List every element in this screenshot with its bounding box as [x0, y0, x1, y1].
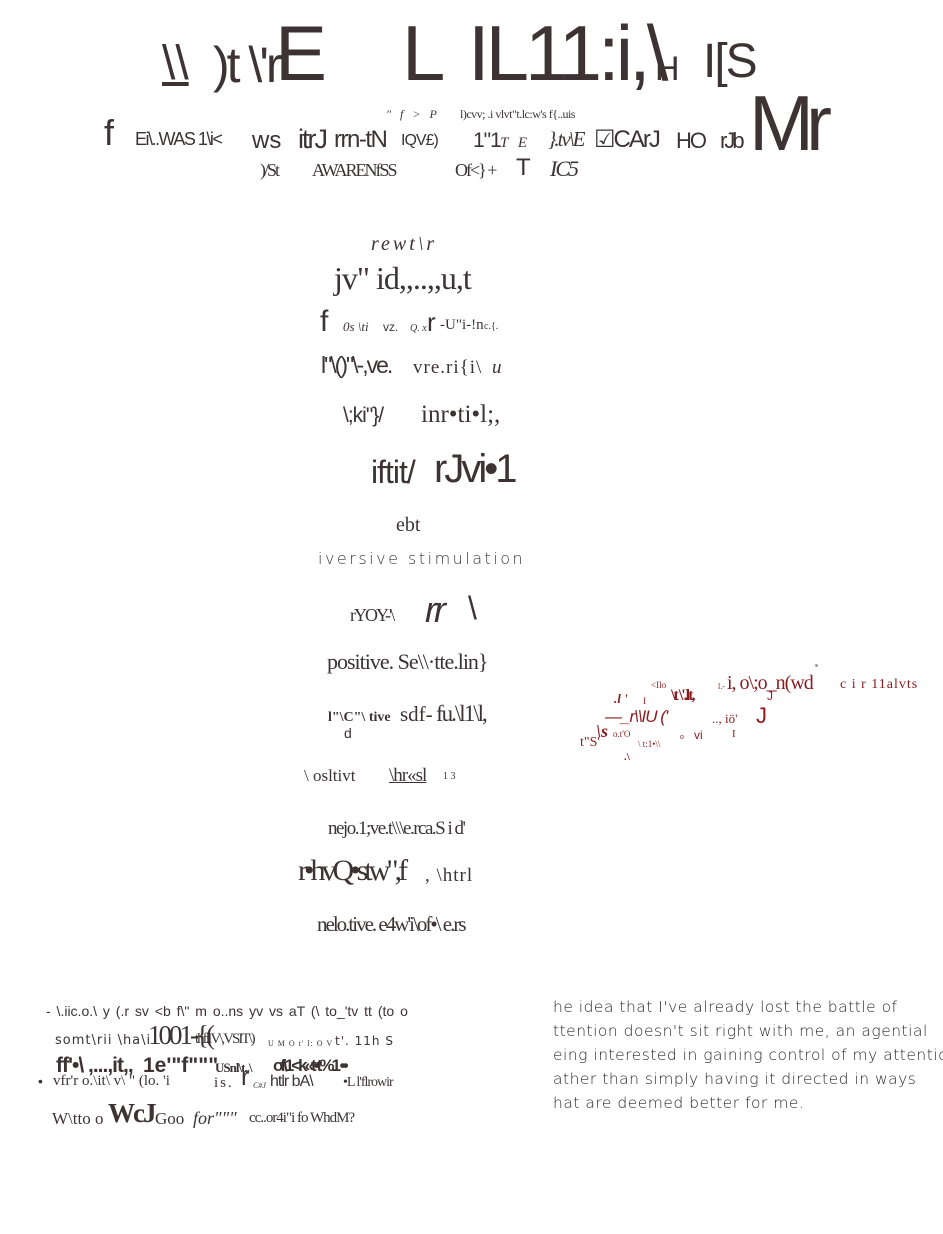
notes-line: t'. 11h S [335, 1035, 394, 1047]
title-fragment: }.tv\E [548, 129, 583, 150]
column-line: rr [425, 592, 443, 628]
handwritten-line: ttention doesn't sit right with me, an a… [553, 1019, 933, 1043]
annotation-fragment: \ t:1•\\ [638, 740, 660, 749]
column-line: \;ki"}/ [343, 405, 383, 426]
notes-line: - \.iic.o.\ y (.r sv <b f\" m o..ns yv v… [46, 1004, 408, 1018]
column-line: positive. Se\\·tte.lin} [327, 651, 488, 673]
column-line: fu.\l1\l, [436, 702, 486, 725]
handwritten-line: hat are deemed better for me. [553, 1091, 933, 1115]
notes-line: W\tto o [52, 1110, 103, 1127]
column-line: 1 3 [443, 772, 456, 782]
column-line: -U"i-!n [440, 318, 484, 333]
column-line: rewt\r [371, 234, 437, 254]
column-line: rYOY-'\ [350, 606, 393, 624]
notes-line: thf.IV\,VSIT\) [195, 1032, 254, 1047]
column-line: 0s \ti [343, 320, 369, 333]
column-line: rJvi•1 [434, 449, 514, 489]
column-line: vre.ri{i\ [413, 358, 482, 377]
title-fragment: Of<} + [455, 161, 495, 179]
title-fragment: IQV£) [401, 133, 438, 149]
title-fragment: H [655, 52, 680, 86]
title-fragment: L [402, 14, 445, 92]
column-line: vz. [383, 321, 398, 333]
column-line: c.{. [484, 322, 498, 332]
notes-line: vfr'r o.\it\ v\ " (lo. 'i [53, 1074, 170, 1089]
annotation-fragment: J [767, 690, 773, 702]
column-line: Q. x [410, 324, 427, 334]
title-fragment: Mr [749, 84, 824, 162]
column-line: l"\C"\ tive [328, 711, 391, 725]
column-line: \hr«sl [389, 766, 426, 785]
column-line-handwritten: iversive stimulation [318, 551, 525, 567]
title-fragment: f [104, 115, 114, 151]
annotation-fragment: \t \'.lt, [671, 688, 693, 704]
title-fragment: )t \'r [213, 40, 280, 90]
title-fragment: Ei\..WAS 1\i< [135, 130, 221, 148]
title-fragment: HO [676, 130, 705, 152]
column-line: iftit/ [371, 456, 415, 488]
title-fragment: T [516, 156, 531, 180]
handwritten-line: ather than simply having it directed in … [553, 1067, 933, 1091]
title-fragment: 1"1 [473, 130, 501, 151]
column-line: inr•ti•l;, [421, 402, 500, 427]
column-line: nejo.1;ve.t\\\e.rca.S i d' [328, 819, 464, 838]
column-line: \ [468, 592, 477, 624]
notes-line: of\1<k«t•t%1 •• [273, 1057, 346, 1074]
column-line: jv" id,,..,,u,t [334, 262, 471, 294]
annotation-fragment: t"S' [580, 736, 600, 750]
annotation-fragment: o.t'O [613, 730, 630, 739]
notes-line: for""" [193, 1109, 237, 1127]
handwritten-line: he idea that I've already lost the battl… [553, 995, 933, 1019]
annotation-fragment: c i r 11alvts [840, 678, 918, 692]
notes-line: r [241, 1065, 249, 1090]
column-line: , \htrl [425, 866, 473, 885]
column-line: d [344, 726, 352, 740]
notes-line: Goo [155, 1110, 184, 1127]
annotation-fragment: o [680, 734, 684, 741]
title-fragment: AWARENfSS [312, 161, 396, 179]
title-fragment: E [275, 14, 327, 92]
notes-line: is. [214, 1076, 234, 1091]
title-fragment: IL11:i,\ [468, 14, 664, 92]
title-fragment: T E [500, 136, 530, 151]
subtitle-small: l)cvv; .i vlvt"t.lc:w's f{..uis [460, 108, 575, 120]
column-line: sdf- [400, 704, 433, 725]
annotation-fragment: .\ [624, 752, 630, 763]
column-line: u [492, 358, 502, 377]
title-fragment: rrn-tN [334, 128, 386, 152]
title-fragment: )/St [260, 161, 278, 179]
annotation-fragment: l.- [718, 683, 725, 691]
subtitle-small: " f > P [386, 108, 440, 120]
column-line: ebt [396, 515, 420, 535]
column-line: nelo.tive. e4w'i\of•\ e.rs [317, 914, 465, 935]
stray-dot [815, 664, 818, 667]
annotation-fragment: .., iö' [712, 712, 737, 725]
notes-line: WcJ [108, 1100, 154, 1127]
notes-line: somt\rii \ha\i [55, 1034, 151, 1047]
title-fragment: ws [252, 129, 281, 153]
title-fragment: itrJ [298, 126, 326, 153]
notes-line: C#J [253, 1082, 266, 1090]
annotation-fragment: I [643, 697, 646, 706]
annotation-fragment: <Ilo [651, 681, 666, 690]
annotation-fragment: J [756, 705, 767, 727]
title-fragment: rJb [720, 130, 742, 152]
annotation-fragment: .l ' [614, 692, 628, 705]
title-fragment: I[S [703, 38, 756, 86]
column-line: f [320, 307, 328, 337]
title-fragment: \\ [162, 40, 189, 88]
handwritten-line: eing interested in gaining control of my… [553, 1043, 933, 1067]
notes-line: U M O t' l: O V [268, 1040, 333, 1048]
notes-line: •L l'flrowir [343, 1076, 393, 1090]
column-line: \ osltivt [304, 767, 355, 784]
title-fragment: IC5 [550, 158, 577, 180]
notes-line: cc..or4i"i fo WhdM? [249, 1111, 354, 1126]
annotation-fragment: vi [694, 729, 703, 741]
title-fragment: ☑CArJ [594, 128, 659, 152]
handwritten-note: he idea that I've already lost the battl… [553, 995, 933, 1115]
annotation-fragment: I [732, 729, 736, 740]
column-line: r [427, 309, 436, 335]
annotation-fragment: —_r\\IU (' [605, 708, 667, 725]
bullet-icon: • [38, 1074, 43, 1088]
column-line: r•hvQ•stw",f [298, 856, 404, 886]
column-line: l"\()"\-,ve. [321, 354, 391, 377]
notes-line: htlr bA\ [270, 1074, 313, 1090]
